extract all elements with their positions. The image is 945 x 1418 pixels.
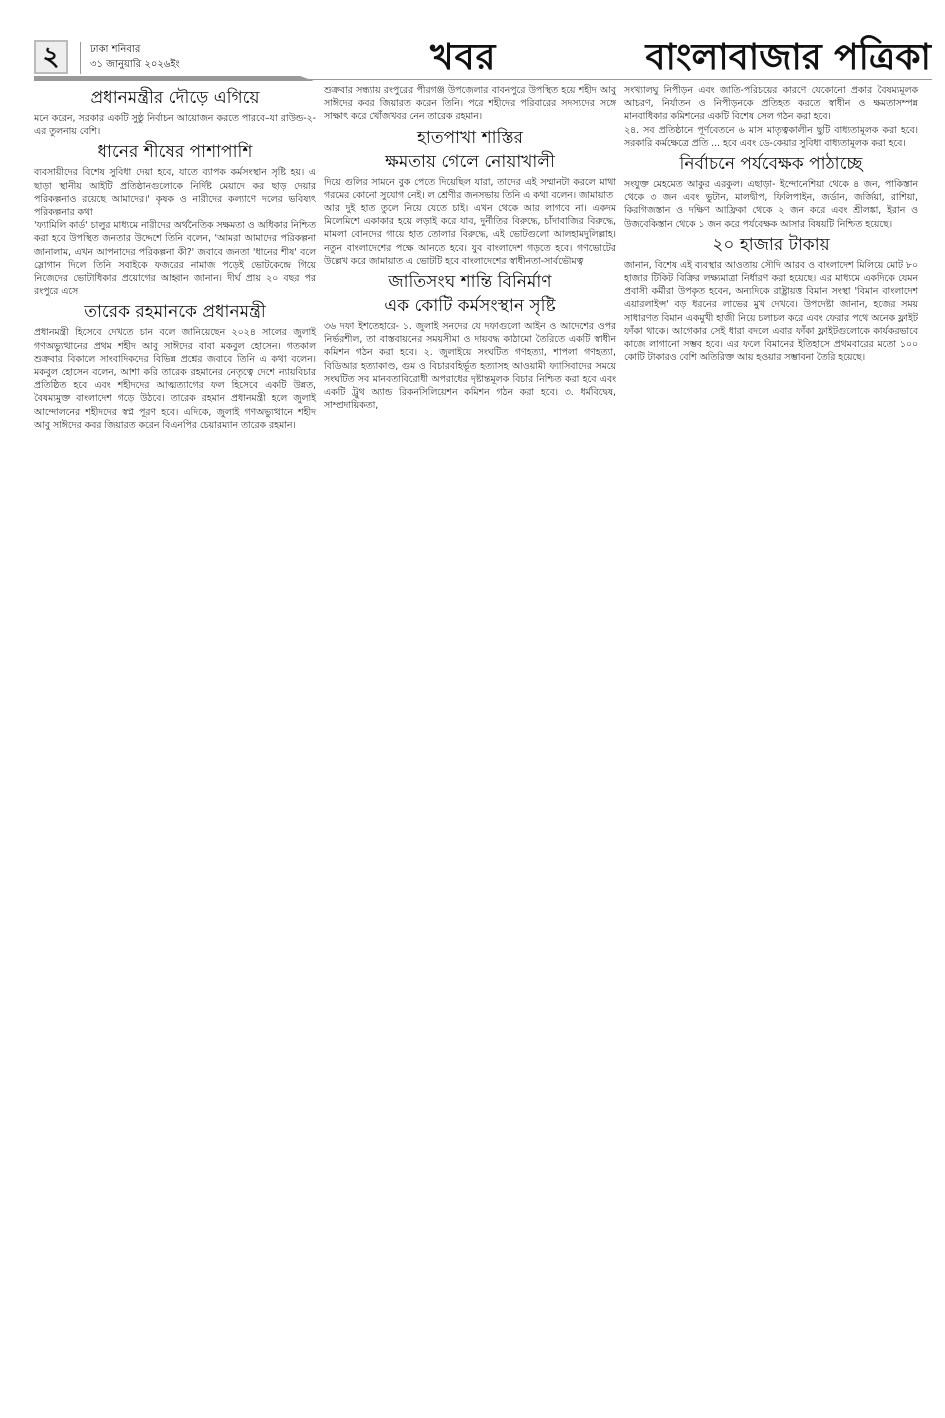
article-body: জানান, বিশেষ এই ব্যবস্থার আওতায় সৌদি আর… <box>624 259 918 365</box>
article-observers: নির্বাচনে পর্যবেক্ষক পাঠাচ্ছে সংযুক্ত মে… <box>624 154 918 231</box>
article-pm-race: প্রধানমন্ত্রীর দৌড়ে এগিয়ে মনে করেন, সর… <box>34 88 316 138</box>
divider <box>80 42 81 74</box>
article-excerpt: আর দুই হাত তুলে নিয়ে যেতে চাই। এখন থেকে… <box>324 202 616 268</box>
article-lead: মনে করেন, সরকার একটি সুষ্ঠু নির্বাচন আয়… <box>34 112 316 138</box>
headline: হাতপাখা শাস্তির <box>324 128 616 148</box>
article-dhaner-shish: ধানের শীষের পাশাপাশি ব্যবসায়ীদের বিশেষ … <box>34 142 316 298</box>
masthead: ২ ঢাকা শনিবার ৩১ জানুয়ারি ২০২৬ইং খবর বা… <box>0 0 945 80</box>
headline: এক কোটি কর্মসংস্থান সৃষ্টি <box>324 296 616 316</box>
article-excerpt: ২৪. সব প্রতিষ্ঠানে পূর্ণবেতনে ৬ মাস মাতৃ… <box>624 124 918 150</box>
headline: জাতিসংঘ শান্তি বিনির্মাণ <box>324 272 616 292</box>
city-day: ঢাকা শনিবার <box>90 42 180 57</box>
article-lead: ব্যবসায়ীদের বিশেষ সুবিধা দেয়া হবে, যাত… <box>34 166 316 219</box>
header-rule <box>34 79 932 80</box>
column-3: সংখ্যালঘু নিপীড়ন এবং জাতি-পরিচয়ের কারণ… <box>624 84 918 364</box>
article-continued: সংখ্যালঘু নিপীড়ন এবং জাতি-পরিচয়ের কারণ… <box>624 84 918 150</box>
column-2: শুক্রবার সন্ধ্যায় রংপুরের পীরগঞ্জ উপজেল… <box>324 84 616 412</box>
headline: তারেক রহমানকে প্রধানমন্ত্রী <box>34 302 316 322</box>
issue-date: ৩১ জানুয়ারি ২০২৬ইং <box>90 57 180 72</box>
article-lead: সংখ্যালঘু নিপীড়ন এবং জাতি-পরিচয়ের কারণ… <box>624 84 918 124</box>
article-tarek-pm: তারেক রহমানকে প্রধানমন্ত্রী প্রধানমন্ত্র… <box>34 302 316 432</box>
headline: ধানের শীষের পাশাপাশি <box>34 142 316 162</box>
dateline: ঢাকা শনিবার ৩১ জানুয়ারি ২০২৬ইং <box>90 42 180 72</box>
article-noakhali: ক্ষমতায় গেলে নোয়াখালী দিয়ে গুলির সামন… <box>324 152 616 268</box>
headline: ২০ হাজার টাকায় <box>624 235 918 255</box>
headline: ক্ষমতায় গেলে নোয়াখালী <box>324 152 616 172</box>
page-number: ২ <box>34 40 68 74</box>
section-title: খবর <box>430 30 496 90</box>
article-one-crore-jobs: এক কোটি কর্মসংস্থান সৃষ্টি ৩৬ দফা ইশতেহা… <box>324 296 616 412</box>
article-hatpakha: হাতপাখা শাস্তির <box>324 128 616 148</box>
article-body: ৩৬ দফা ইশতেহারে- ১. জুলাই সনদের যে দফাগু… <box>324 320 616 412</box>
article-20k-taka: ২০ হাজার টাকায় জানান, বিশেষ এই ব্যবস্থা… <box>624 235 918 365</box>
article-continued: শুক্রবার সন্ধ্যায় রংপুরের পীরগঞ্জ উপজেল… <box>324 84 616 124</box>
article-lead: সংযুক্ত মেহমেত আকুর এরকুল। এছাড়া- ইন্দো… <box>624 178 918 231</box>
article-excerpt: 'ফ্যামিলি কার্ড' চালুর মাধ্যমে নারীদের অ… <box>34 219 316 298</box>
article-excerpt: দিয়ে গুলির সামনে বুক পেতে দিয়েছিল যারা… <box>324 176 616 202</box>
article-body: প্রধানমন্ত্রী হিসেবে দেখতে চান বলে জানিয… <box>34 326 316 432</box>
article-un-peace: জাতিসংঘ শান্তি বিনির্মাণ <box>324 272 616 292</box>
headline: প্রধানমন্ত্রীর দৌড়ে এগিয়ে <box>34 88 316 108</box>
article-lead: শুক্রবার সন্ধ্যায় রংপুরের পীরগঞ্জ উপজেল… <box>324 84 616 124</box>
newspaper-logo: বাংলাবাজার পত্রিকা <box>645 30 931 90</box>
column-1: প্রধানমন্ত্রীর দৌড়ে এগিয়ে মনে করেন, সর… <box>34 84 316 432</box>
headline: নির্বাচনে পর্যবেক্ষক পাঠাচ্ছে <box>624 154 918 174</box>
